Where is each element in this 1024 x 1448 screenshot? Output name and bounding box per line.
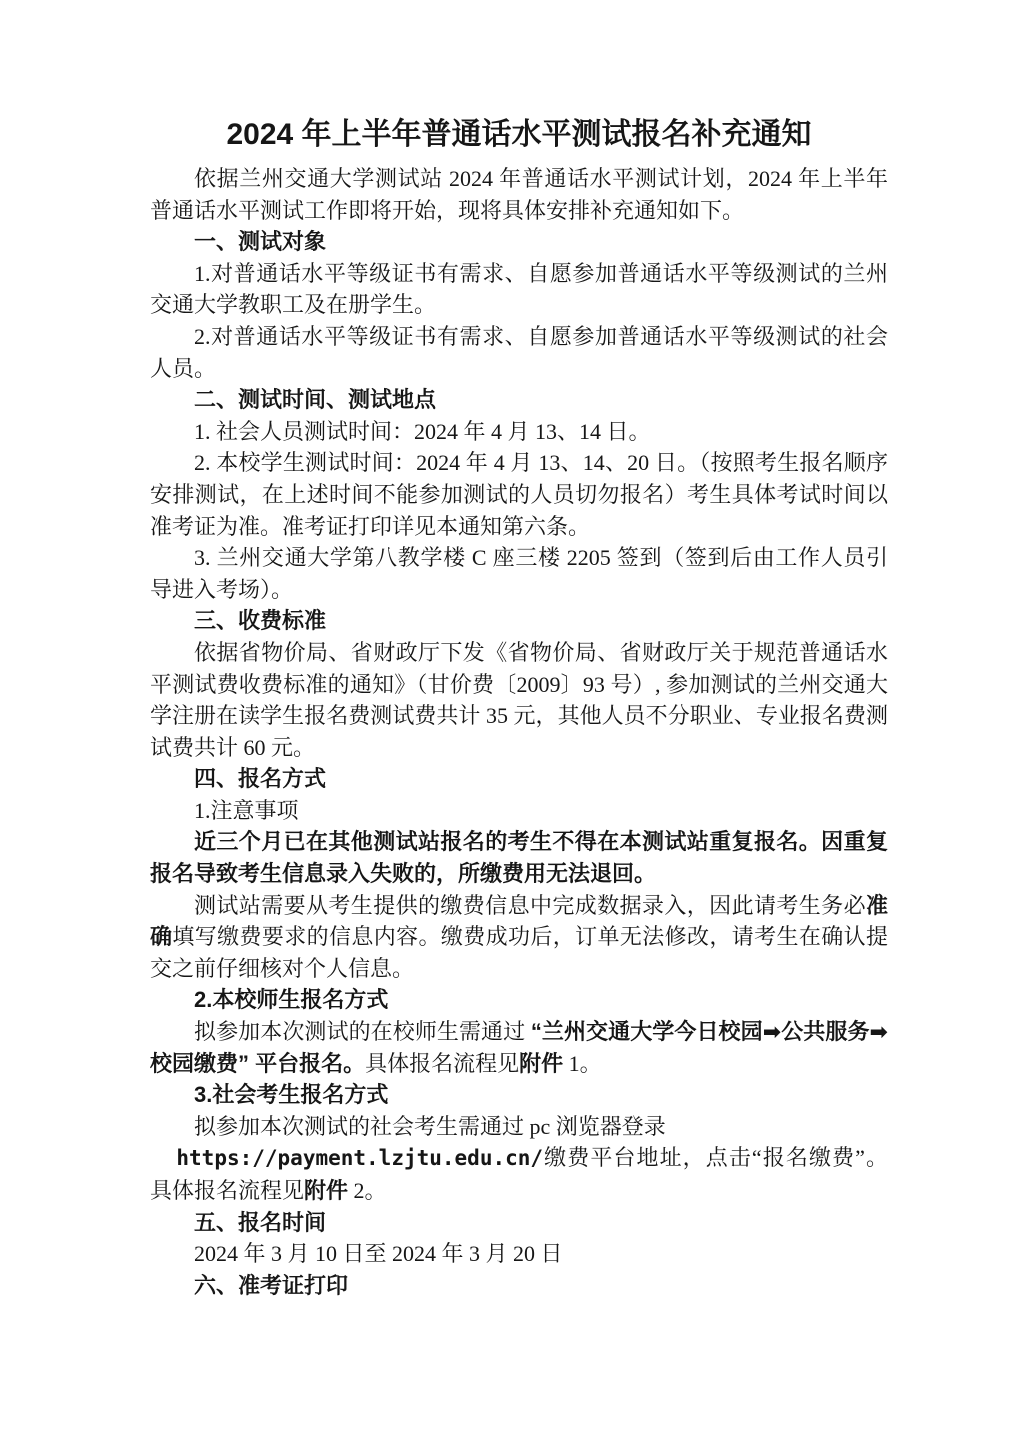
section-2-heading: 二、测试时间、测试地点	[150, 384, 888, 416]
text-run: 1。	[563, 1051, 602, 1076]
document-content: 2024 年上半年普通话水平测试报名补充通知 依据兰州交通大学测试站 2024 …	[150, 112, 888, 1301]
section-1-item-1: 1.对普通话水平等级证书有需求、自愿参加普通话水平等级测试的兰州交通大学教职工及…	[150, 258, 888, 321]
doc-title: 2024 年上半年普通话水平测试报名补充通知	[150, 112, 888, 158]
section-4-item-1-heading: 1.注意事项	[150, 795, 888, 827]
section-4-item-3-heading: 3.社会考生报名方式	[150, 1079, 888, 1111]
document-page: 2024 年上半年普通话水平测试报名补充通知 依据兰州交通大学测试站 2024 …	[0, 0, 1024, 1448]
section-1-heading: 一、测试对象	[150, 226, 888, 258]
section-1-item-2: 2.对普通话水平等级证书有需求、自愿参加普通话水平等级测试的社会人员。	[150, 321, 888, 384]
duplicate-registration-warning: 近三个月已在其他测试站报名的考生不得在本测试站重复报名。因重复报名导致考生信息录…	[150, 826, 888, 889]
campus-registration-paragraph: 拟参加本次测试的在校师生需通过 “兰州交通大学今日校园➡公共服务➡校园缴费” 平…	[150, 1016, 888, 1079]
social-registration-url-paragraph: https://payment.lzjtu.edu.cn/缴费平台地址，点击“报…	[150, 1142, 888, 1206]
text-run: 测试站需要从考生提供的缴费信息中完成数据录入，因此请考生务必	[194, 893, 866, 918]
section-2-item-2: 2. 本校学生测试时间：2024 年 4 月 13、14、20 日。（按照考生报…	[150, 447, 888, 542]
social-registration-intro: 拟参加本次测试的社会考生需通过 pc 浏览器登录	[150, 1111, 888, 1143]
section-6-heading: 六、准考证打印	[150, 1270, 888, 1302]
attachment-1-label: 附件	[519, 1051, 563, 1076]
text-run: 具体报名流程见	[365, 1051, 519, 1076]
attachment-2-label: 附件	[304, 1178, 348, 1203]
intro-paragraph: 依据兰州交通大学测试站 2024 年普通话水平测试计划，2024 年上半年普通话…	[150, 163, 888, 226]
section-4-heading: 四、报名方式	[150, 763, 888, 795]
section-4-item-2-heading: 2.本校师生报名方式	[150, 984, 888, 1016]
section-5-heading: 五、报名时间	[150, 1207, 888, 1239]
section-5-body: 2024 年 3 月 10 日至 2024 年 3 月 20 日	[150, 1238, 888, 1270]
section-3-heading: 三、收费标准	[150, 605, 888, 637]
text-run: 2。	[348, 1178, 387, 1203]
section-3-body: 依据省物价局、省财政厅下发《省物价局、省财政厅关于规范普通话水平测试费收费标准的…	[150, 637, 888, 763]
text-run: 拟参加本次测试的在校师生需通过	[194, 1019, 531, 1044]
section-2-item-3: 3. 兰州交通大学第八教学楼 C 座三楼 2205 签到（签到后由工作人员引导进…	[150, 542, 888, 605]
section-2-item-1: 1. 社会人员测试时间：2024 年 4 月 13、14 日。	[150, 416, 888, 448]
payment-url: https://payment.lzjtu.edu.cn/	[176, 1146, 543, 1170]
payment-info-notice: 测试站需要从考生提供的缴费信息中完成数据录入，因此请考生务必准确填写缴费要求的信…	[150, 890, 888, 985]
text-run: 填写缴费要求的信息内容。缴费成功后，订单无法修改，请考生在确认提交之前仔细核对个…	[150, 924, 888, 981]
